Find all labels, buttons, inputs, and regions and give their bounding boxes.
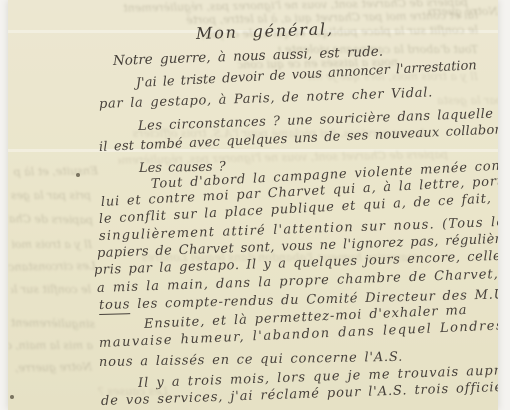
paper: papiers de Charvet sont, vous ne l'ignor… [8,0,498,410]
bleedthrough-text: papiers de Charvet sont, vous ne l'ignor… [88,0,468,15]
letter-line: nous a laissés en ce qui concerne l'A.S. [99,351,403,369]
scan-band [8,149,498,152]
bleedthrough-text: Notre guerre, à nous aussi, est rude. [428,6,498,18]
ink-speck [10,395,14,399]
salutation-line: Mon général, [196,21,334,42]
underlined-word: tous [99,297,131,315]
bleedthrough-text: par la gestapo, à Paris, de notre cher V… [438,95,498,107]
bleedthrough-text: Notre guerre, à nous aussi, est rude. [12,361,92,374]
bleedthrough-text: a mis la main, dans la propre chambre de… [8,340,93,352]
letter-scan: papiers de Charvet sont, vous ne l'ignor… [0,0,510,410]
bleedthrough-text: Ensuite, et là permettez-moi d'exhaler m… [13,165,98,179]
ink-speck [76,173,80,177]
bleedthrough-text: pris par la gestapo. Il y a quelques jou… [11,190,91,202]
bleedthrough-text: le conflit sur la place publique et qui … [11,284,91,296]
bleedthrough-text: Il y a trois mois, lors que je me trouva… [12,239,92,251]
bleedthrough-text: papiers de Charvet sont, vous ne l'ignor… [8,213,93,227]
bleedthrough-text: singulièrement attiré l'attention sur no… [10,317,95,331]
bleedthrough-text: Les circonstances ? une souricière dans … [8,260,96,274]
